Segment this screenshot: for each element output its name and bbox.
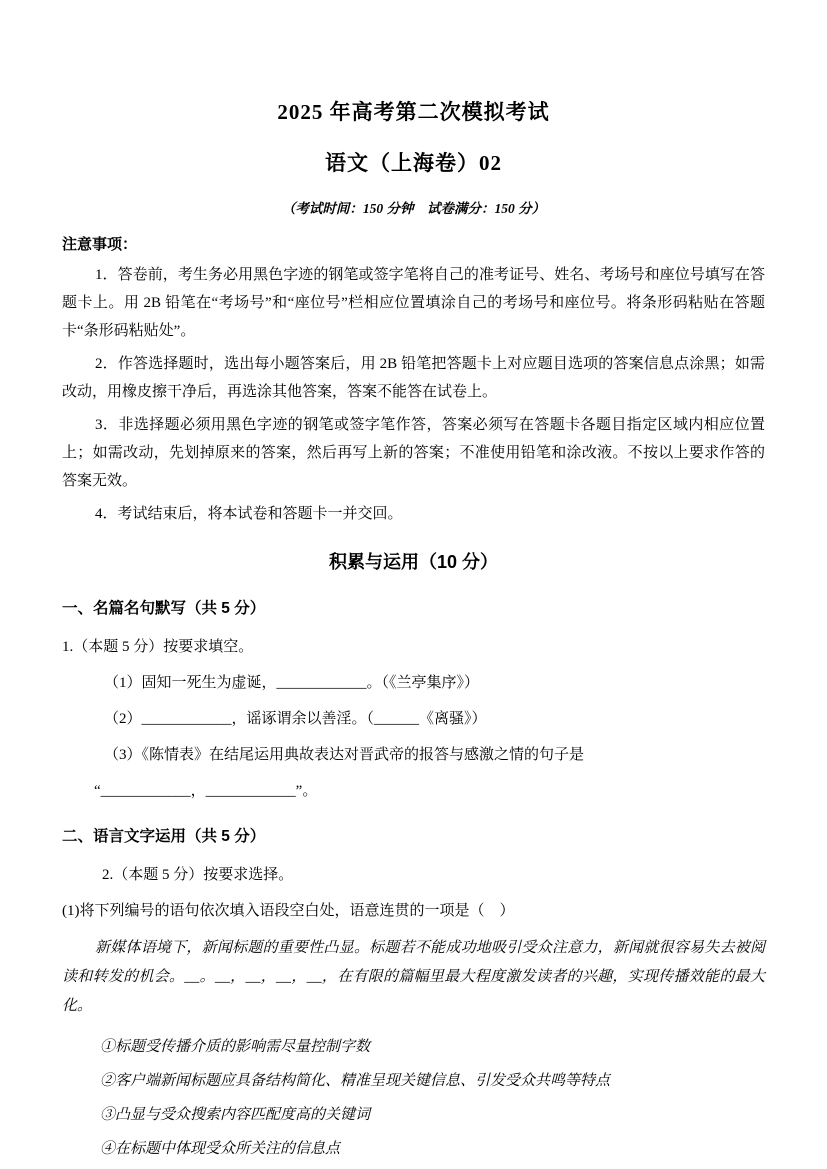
question2-option-2: ②客户端新闻标题应具备结构简化、精准呈现关键信息、引发受众共鸣等特点	[62, 1070, 765, 1092]
part2-heading-language-use: 二、语言文字运用（共 5 分）	[62, 826, 765, 848]
question1-blank-item-3: （3）《陈情表》在结尾运用典故表达对晋武帝的报答与感激之情的句子是	[62, 744, 765, 766]
question1-blank-item-2: （2）____________，谣诼谓余以善淫。（______《离骚》）	[62, 708, 765, 730]
question2-option-1: ①标题受传播介质的影响需尽量控制字数	[62, 1036, 765, 1058]
notice-heading: 注意事项：	[62, 234, 765, 256]
part1-heading-famous-passages: 一、名篇名句默写（共 5 分）	[62, 598, 765, 620]
question2-intro: 2.（本题 5 分）按要求选择。	[62, 864, 765, 886]
exam-title: 2025 年高考第二次模拟考试	[62, 100, 765, 124]
question1-blank-item-3-quote: “____________，____________”。	[62, 780, 765, 802]
notice-item-3: 3．非选择题必须用黑色字迹的钢笔或签字笔作答，答案必须写在答题卡各题目指定区域内…	[62, 411, 765, 495]
question2-option-3: ③凸显与受众搜索内容匹配度高的关键词	[62, 1104, 765, 1126]
question2-sub1-stem: (1)将下列编号的语句依次填入语段空白处，语意连贯的一项是（ ）	[62, 900, 765, 922]
notice-item-2: 2．作答选择题时，选出每小题答案后，用 2B 铅笔把答题卡上对应题目选项的答案信…	[62, 350, 765, 406]
question2-option-4: ④在标题中体现受众所关注的信息点	[62, 1138, 765, 1160]
exam-subtitle: 语文（上海卷）02	[62, 151, 765, 175]
exam-info-line: （考试时间：150 分钟 试卷满分：150 分）	[62, 201, 765, 217]
question2-passage: 新媒体语境下，新闻标题的重要性凸显。标题若不能成功地吸引受众注意力，新闻就很容易…	[62, 934, 765, 1021]
question1-blank-item-1: （1）固知一死生为虚诞，____________。（《兰亭集序》）	[62, 672, 765, 694]
section-heading-accumulation: 积累与运用（10 分）	[62, 550, 765, 574]
notice-item-1: 1．答卷前，考生务必用黑色字迹的钢笔或签字笔将自己的准考证号、姓名、考场号和座位…	[62, 261, 765, 345]
notice-item-4: 4．考试结束后，将本试卷和答题卡一并交回。	[62, 500, 765, 528]
exam-paper-page: 2025 年高考第二次模拟考试 语文（上海卷）02 （考试时间：150 分钟 试…	[0, 0, 827, 1169]
question1-intro: 1.（本题 5 分）按要求填空。	[62, 636, 765, 658]
